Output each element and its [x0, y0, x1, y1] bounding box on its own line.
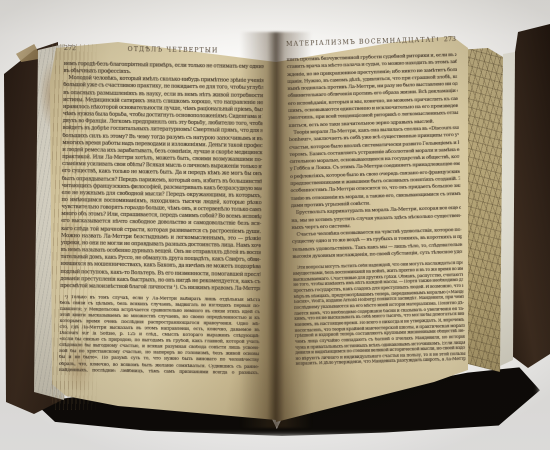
left-page-number: 272: [64, 44, 76, 52]
left-page-text: 272 ОТДѢЛЪ ЧЕТВЕРТЫЙ немъ городѣ-безъ-бл…: [59, 44, 264, 377]
left-running-header: ОТДѢЛЪ ЧЕТВЕРТЫЙ: [82, 45, 264, 55]
left-footnote-text: ¹) Только въ томъ случаѣ, если у Ла-Метт…: [59, 295, 260, 377]
right-page-text: МАТЕРІАЛИЗМЪ ВОСЕМНАДЦАТАГО СТОЛѢТІЯ 273…: [286, 35, 466, 368]
right-page-number: 273: [444, 35, 456, 43]
book-photo: 272 ОТДѢЛЪ ЧЕТВЕРТЫЙ немъ городѣ-безъ-бл…: [0, 0, 550, 450]
left-running-head-row: 272 ОТДѢЛЪ ЧЕТВЕРТЫЙ: [64, 44, 264, 55]
book-cover-right: [512, 24, 550, 368]
left-body-text: немъ городѣ-безъ-благопріятный примѣръ, …: [60, 61, 264, 293]
right-body-text: шить противъ безчувственной грубости суд…: [287, 52, 463, 261]
right-footnote-text: Эти вопросы могутъ льстить себя надеждой…: [293, 261, 466, 368]
